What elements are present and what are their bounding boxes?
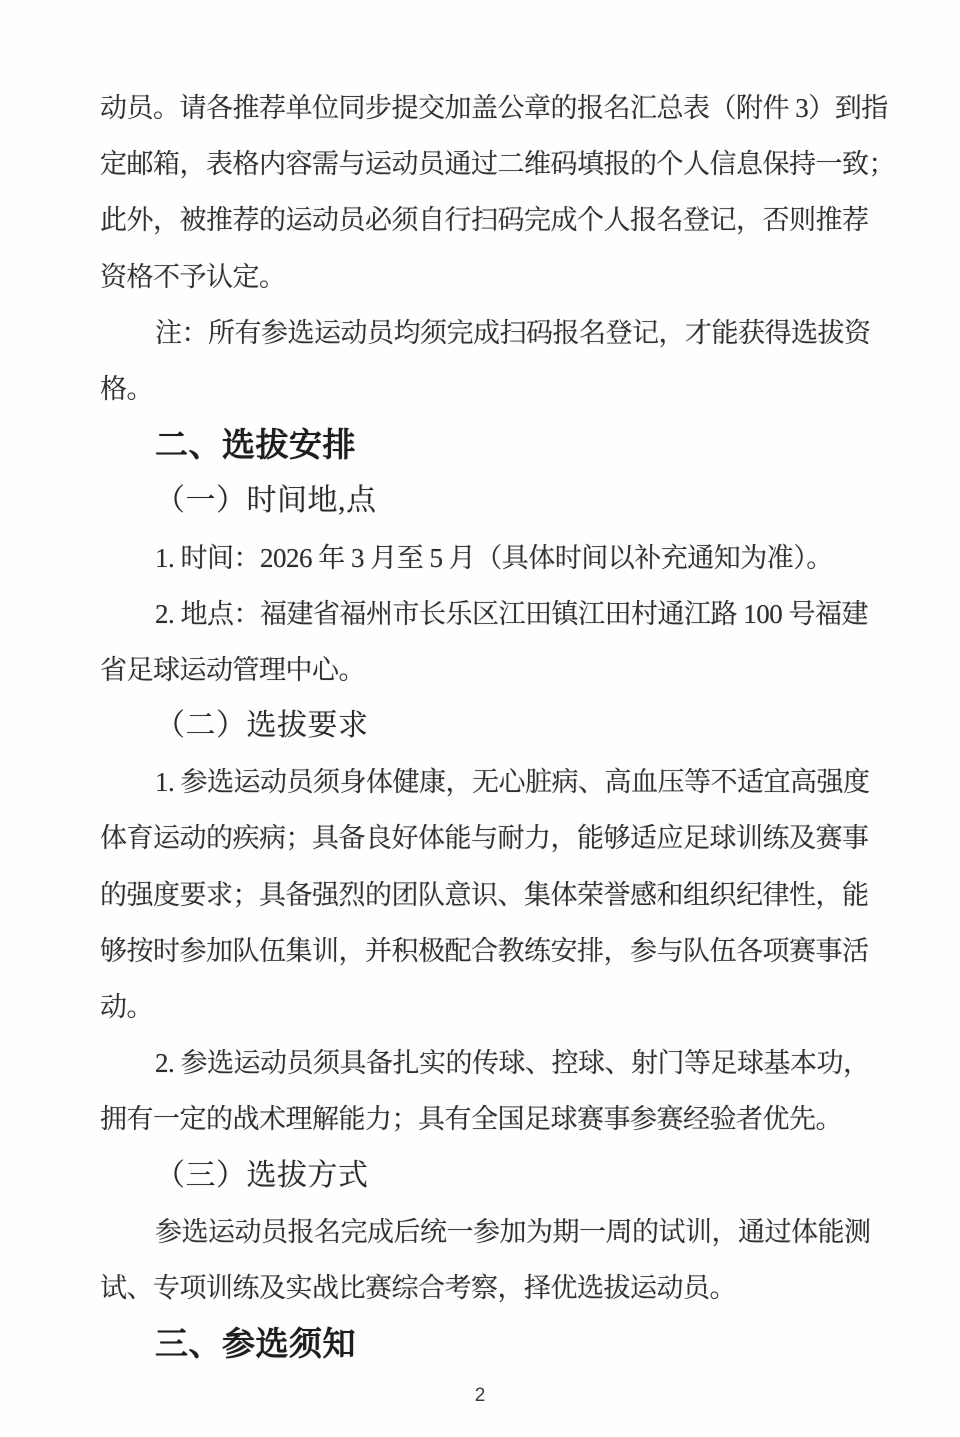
body-line: 此外，被推荐的运动员必须自行扫码完成个人报名登记，否则推荐 xyxy=(100,192,900,248)
page-footer: 2 xyxy=(0,1385,960,1407)
note-line: 格。 xyxy=(100,361,900,417)
section-heading: 三、参选须知 xyxy=(100,1316,900,1372)
body-line: 体育运动的疾病；具备良好体能与耐力，能够适应足球训练及赛事 xyxy=(100,810,900,866)
body-line: 2. 地点：福建省福州市长乐区江田镇江田村通江路 100 号福建 xyxy=(100,586,900,642)
subsection-heading: （三）选拔方式 xyxy=(100,1148,900,1204)
page-number: 2 xyxy=(475,1385,486,1407)
document-text-block: 动员。请各推荐单位同步提交加盖公章的报名汇总表（附件 3）到指 定邮箱，表格内容… xyxy=(100,80,900,1372)
subsection-heading: （二）选拔要求 xyxy=(100,698,900,754)
body-line: 省足球运动管理中心。 xyxy=(100,642,900,698)
note-line: 注：所有参选运动员均须完成扫码报名登记，才能获得选拔资 xyxy=(100,305,900,361)
body-line: 参选运动员报名完成后统一参加为期一周的试训，通过体能测 xyxy=(100,1204,900,1260)
subsection-heading: （一）时间地,点 xyxy=(100,473,900,529)
body-line: 的强度要求；具备强烈的团队意识、集体荣誉感和组织纪律性，能 xyxy=(100,867,900,923)
body-line: 2. 参选运动员须具备扎实的传球、控球、射门等足球基本功， xyxy=(100,1035,900,1091)
section-heading: 二、选拔安排 xyxy=(100,417,900,473)
body-line: 试、专项训练及实战比赛综合考察，择优选拔运动员。 xyxy=(100,1260,900,1316)
document-page: 动员。请各推荐单位同步提交加盖公章的报名汇总表（附件 3）到指 定邮箱，表格内容… xyxy=(0,0,960,1437)
body-line: 动员。请各推荐单位同步提交加盖公章的报名汇总表（附件 3）到指 xyxy=(100,80,900,136)
body-line: 资格不予认定。 xyxy=(100,249,900,305)
body-line: 拥有一定的战术理解能力；具有全国足球赛事参赛经验者优先。 xyxy=(100,1091,900,1147)
body-line: 够按时参加队伍集训，并积极配合教练安排，参与队伍各项赛事活 xyxy=(100,923,900,979)
body-line: 动。 xyxy=(100,979,900,1035)
body-line: 定邮箱，表格内容需与运动员通过二维码填报的个人信息保持一致； xyxy=(100,136,900,192)
body-line: 1. 时间：2026 年 3 月至 5 月（具体时间以补充通知为准）。 xyxy=(100,530,900,586)
body-line: 1. 参选运动员须身体健康，无心脏病、高血压等不适宜高强度 xyxy=(100,754,900,810)
